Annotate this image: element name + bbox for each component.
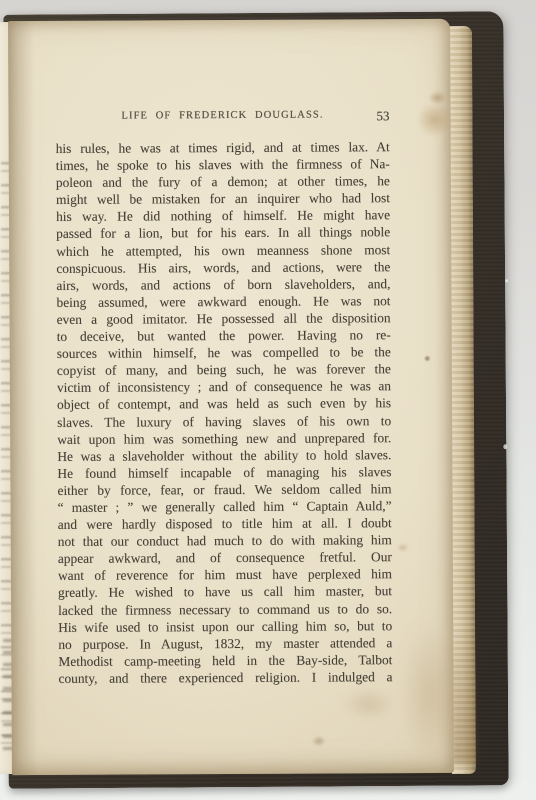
body-line: even a good imitator. He possessed all t… xyxy=(57,309,391,328)
page-gutter-shadow xyxy=(8,21,38,775)
body-line: slaves. The luxury of having slaves of h… xyxy=(57,412,391,431)
foxing-stain xyxy=(416,103,452,137)
body-line: lacked the firmness necessary to command… xyxy=(58,600,392,619)
body-line: to deceive, but wanted the power. Having… xyxy=(57,326,391,345)
body-line: not that our conduct had much to do with… xyxy=(58,531,392,550)
body-line: victim of inconsistency ; and of consequ… xyxy=(57,377,391,396)
body-line: greatly. He wished to have us call him m… xyxy=(58,583,392,602)
foxing-stain xyxy=(428,91,446,105)
body-line: His wife used to insist upon our calling… xyxy=(58,617,392,636)
page-number: 53 xyxy=(376,108,389,124)
body-line: Methodist camp-meeting held in the Bay-s… xyxy=(58,651,392,670)
book-photo: LIFE OF FREDERICK DOUGLASS. 53 his rules… xyxy=(0,0,536,800)
page-text: his rules, he was at times rigid, and at… xyxy=(56,138,393,687)
foxing-stain xyxy=(424,355,431,362)
body-line: and were hardly disposed to title him at… xyxy=(58,514,392,533)
body-line: passed for a lion, but for his ears. In … xyxy=(56,224,390,243)
running-header-title: LIFE OF FREDERICK DOUGLASS. xyxy=(55,109,389,122)
body-line: He was a slaveholder without the ability… xyxy=(57,446,391,465)
body-line: want of reverence for him must have perp… xyxy=(58,566,392,585)
body-line: no purpose. In August, 1832, my master a… xyxy=(58,634,392,653)
body-line: either by force, fear, or fraud. We seld… xyxy=(57,480,391,499)
body-line: sources within himself, he was compelled… xyxy=(57,343,391,362)
body-line: his way. He did nothing of himself. He m… xyxy=(56,207,390,226)
body-line: airs, words, and actions of born slaveho… xyxy=(56,275,390,294)
body-line: appear awkward, and of consequence fretf… xyxy=(58,548,392,567)
body-line: He found himself incapable of managing h… xyxy=(57,463,391,482)
foxing-stain xyxy=(312,736,326,747)
body-line: which he attempted, his own meanness sho… xyxy=(56,241,390,260)
foxing-stain xyxy=(397,543,409,552)
body-line: might well be mistaken for an inquirer w… xyxy=(56,189,390,208)
body-line: object of contempt, and was held as such… xyxy=(57,395,391,414)
dust-speck xyxy=(505,279,508,282)
body-line: conspicuous. His airs, words, and action… xyxy=(56,258,390,277)
running-header: LIFE OF FREDERICK DOUGLASS. 53 xyxy=(55,109,389,129)
body-line: his rules, he was at times rigid, and at… xyxy=(56,138,390,157)
dust-speck xyxy=(503,444,507,449)
body-line: poleon and the fury of a demon; at other… xyxy=(56,172,390,191)
body-line: copyist of many, and being such, he was … xyxy=(57,360,391,379)
book-page: LIFE OF FREDERICK DOUGLASS. 53 his rules… xyxy=(8,19,454,775)
body-line: wait upon him was something new and unpr… xyxy=(57,429,391,448)
body-line: times, he spoke to his slaves with the f… xyxy=(56,155,390,174)
body-line: being assumed, were awkward enough. He w… xyxy=(56,292,390,311)
body-line: county, and there experienced religion. … xyxy=(58,668,392,687)
body-line: “ master ; ” we generally called him “ C… xyxy=(58,497,392,516)
foxing-stain xyxy=(399,619,460,769)
foxing-stain xyxy=(342,687,396,721)
